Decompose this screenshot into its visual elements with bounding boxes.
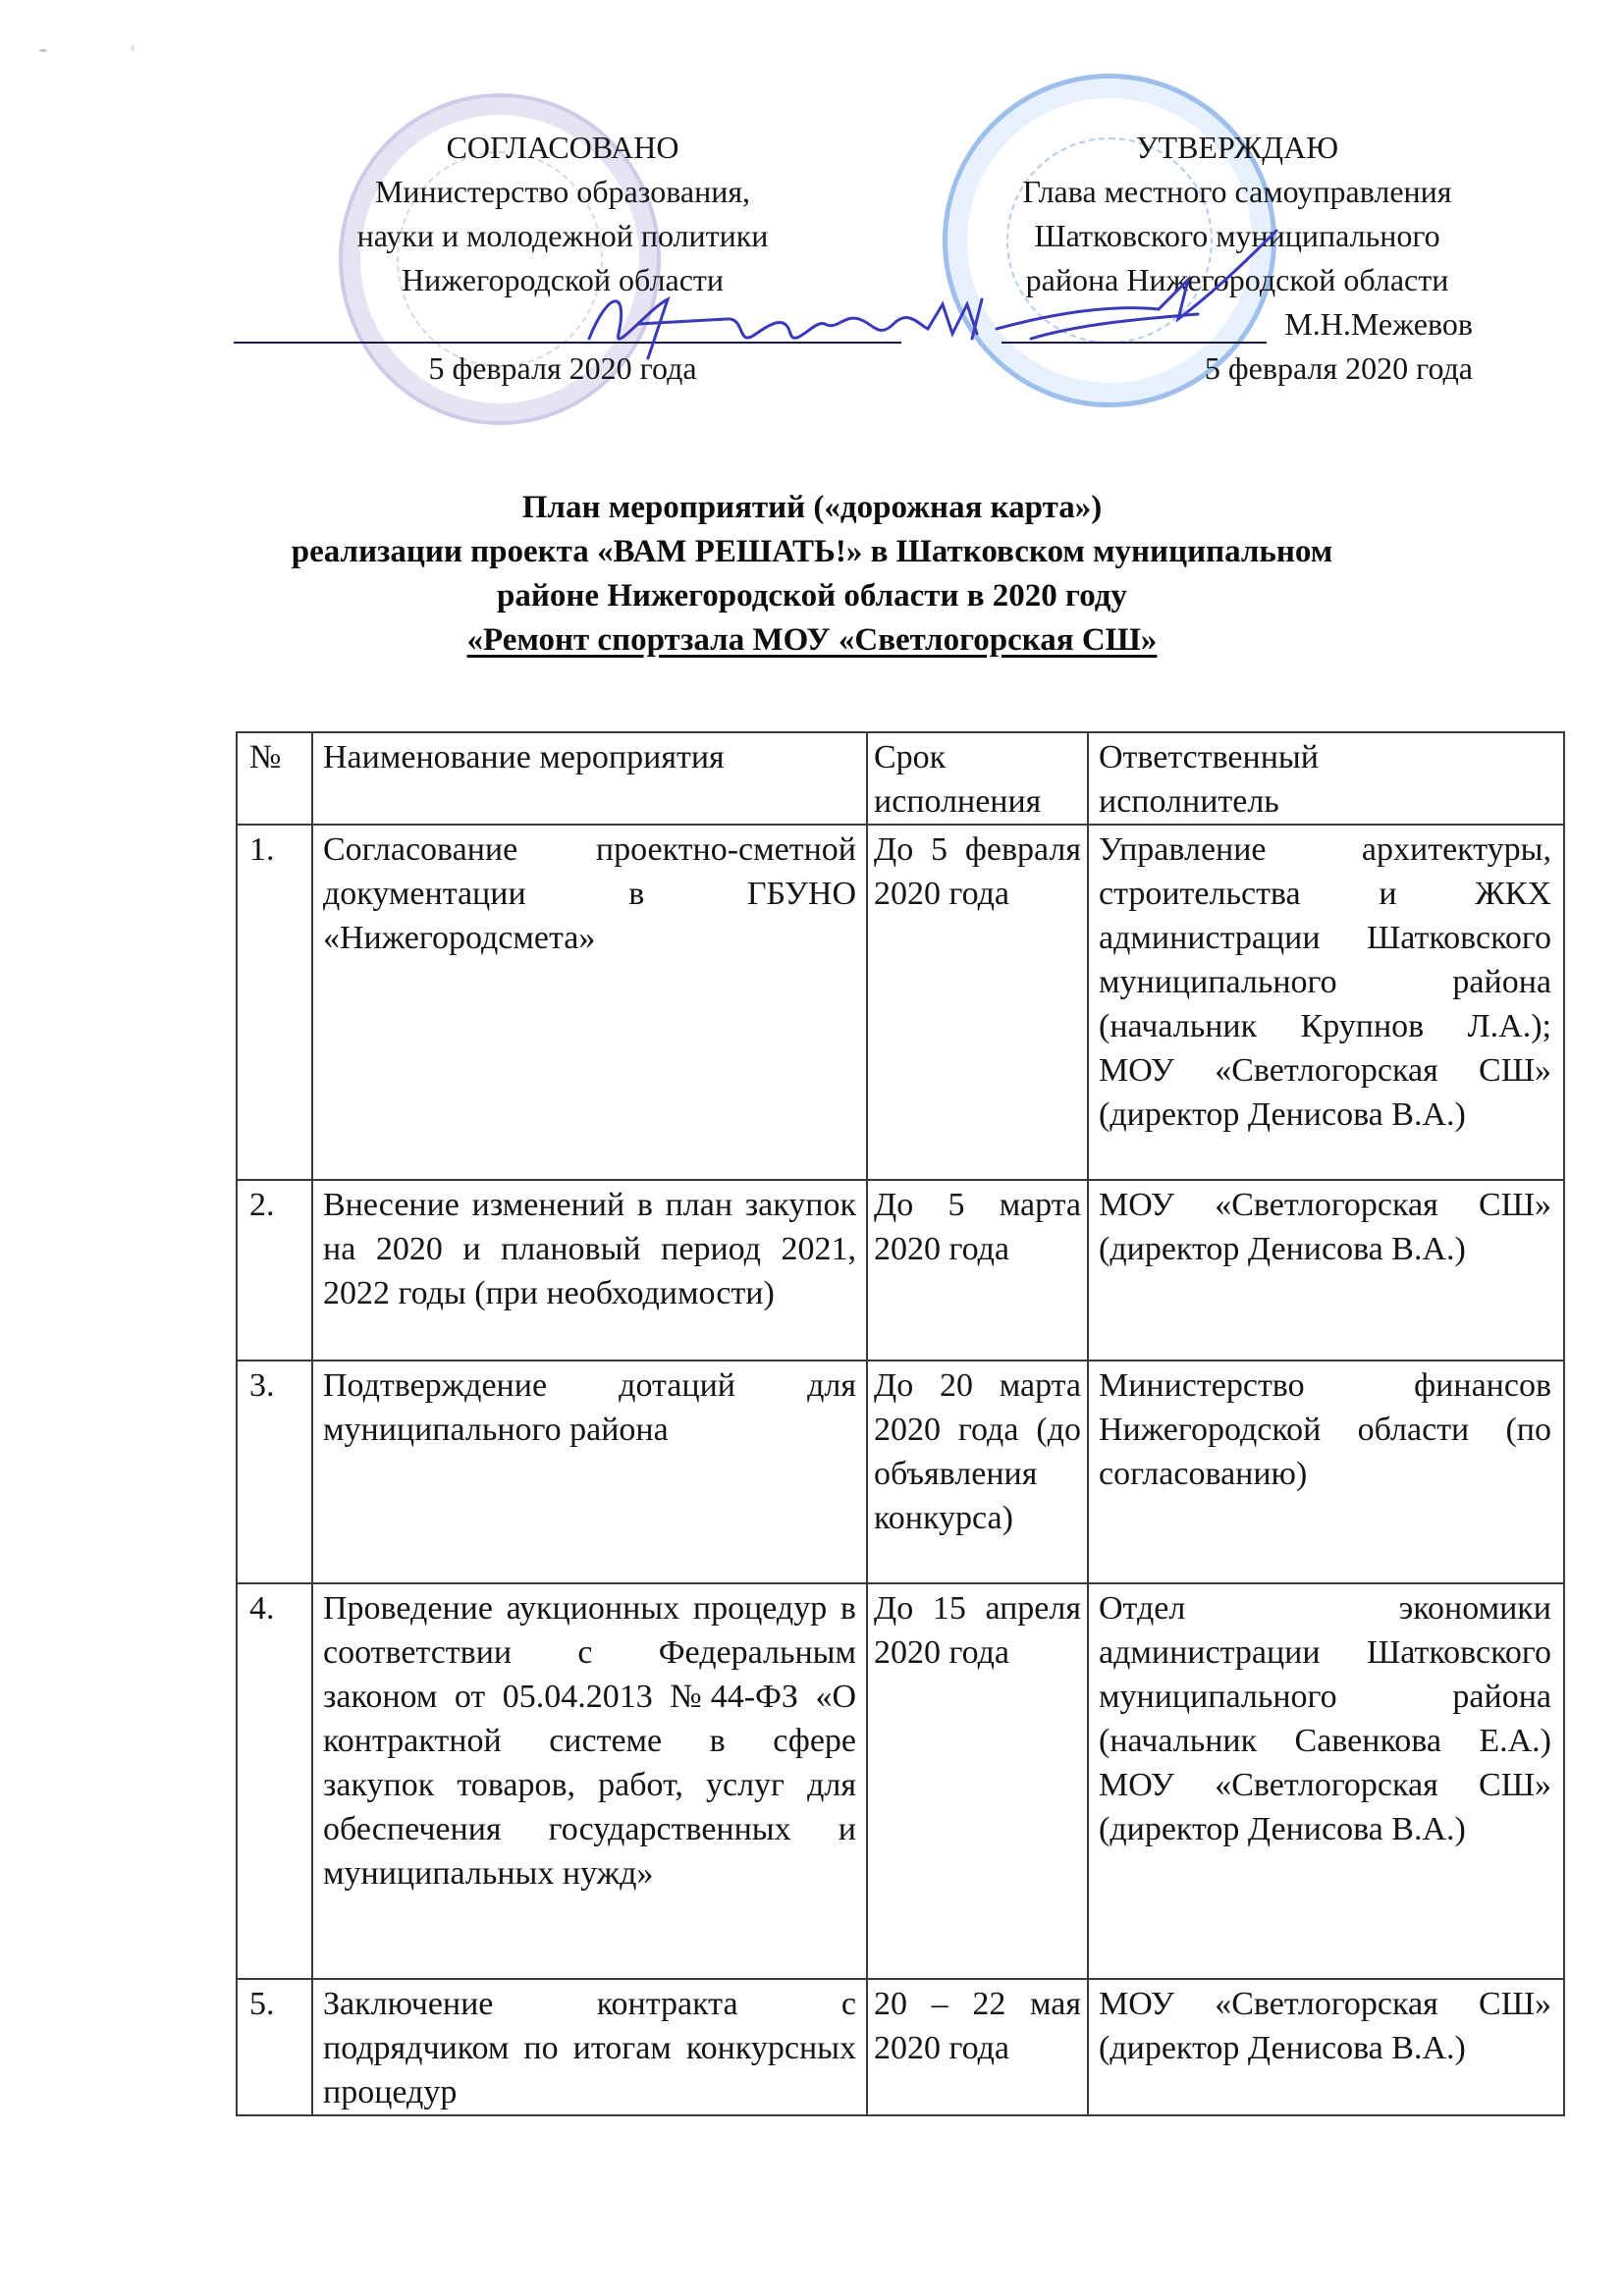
row-activity: Внесение изменений в план закупок на 202… [312, 1180, 867, 1361]
approved-heading: УТВЕРЖДАЮ [982, 126, 1492, 170]
table-row: 5. Заключение контракта с подрядчиком по… [237, 1979, 1564, 2115]
header-term: Срок исполнения [867, 732, 1088, 825]
header-name: Наименование мероприятия [312, 732, 867, 825]
approved-date: 5 февраля 2020 года [982, 347, 1492, 391]
scan-speck [39, 49, 47, 52]
header-num: № [237, 732, 312, 825]
row-responsible: Министерство финансов Нижегородской обла… [1088, 1361, 1564, 1583]
row-deadline: До 15 апреля 2020 года [867, 1583, 1088, 1979]
approved-signature-row: М.Н.Межевов [982, 302, 1492, 347]
signature-line [234, 342, 901, 344]
header-responsible-line: исполнитель [1099, 779, 1551, 824]
row-number: 5. [237, 1979, 312, 2115]
row-activity: Согласование проектно-сметной документац… [312, 825, 867, 1180]
row-responsible: МОУ «Светлогорская СШ» (директор Денисов… [1088, 1180, 1564, 1361]
row-responsible: Отдел экономики администрации Шатковског… [1088, 1583, 1564, 1979]
title-project-name: «Ремонт спортзала МОУ «Светлогорская СШ» [196, 618, 1428, 663]
row-deadline: До 5 февраля 2020 года [867, 825, 1088, 1180]
title-line: реализации проекта «ВАМ РЕШАТЬ!» в Шатко… [196, 530, 1428, 574]
table-row: 3. Подтверждение дотаций для муниципальн… [237, 1361, 1564, 1583]
table-row: 2. Внесение изменений в план закупок на … [237, 1180, 1564, 1361]
table-row: 4. Проведение аукционных процедур в соот… [237, 1583, 1564, 1979]
agreed-org-line: Нижегородской области [312, 258, 813, 302]
approved-position-line: Шатковского муниципального [982, 214, 1492, 258]
agreed-heading: СОГЛАСОВАНО [312, 126, 813, 170]
row-number: 4. [237, 1583, 312, 1979]
row-deadline: До 5 марта 2020 года [867, 1180, 1088, 1361]
row-responsible: МОУ «Светлогорская СШ» (директор Денисов… [1088, 1979, 1564, 2115]
approved-position-line: района Нижегородской области [982, 258, 1492, 302]
roadmap-table: № Наименование мероприятия Срок исполнен… [236, 731, 1565, 2116]
approved-approval-block: УТВЕРЖДАЮ Глава местного самоуправления … [982, 126, 1492, 391]
header-responsible: Ответственный исполнитель [1088, 732, 1564, 825]
row-number: 2. [237, 1180, 312, 1361]
scan-speck [131, 45, 135, 51]
title-underlined-text: «Ремонт спортзала МОУ «Светлогорская СШ» [467, 622, 1158, 658]
row-number: 1. [237, 825, 312, 1180]
agreed-signature-row [312, 302, 813, 347]
document-title: План мероприятий («дорожная карта») реал… [196, 486, 1428, 663]
agreed-org-line: Министерство образования, [312, 170, 813, 214]
row-responsible: Управление архитектуры, строительства и … [1088, 825, 1564, 1180]
row-deadline: 20 – 22 мая 2020 года [867, 1979, 1088, 2115]
row-number: 3. [237, 1361, 312, 1583]
agreed-approval-block: СОГЛАСОВАНО Министерство образования, на… [312, 126, 813, 391]
table-row: 1. Согласование проектно-сметной докумен… [237, 825, 1564, 1180]
signature-line [1001, 342, 1267, 344]
agreed-org-line: науки и молодежной политики [312, 214, 813, 258]
title-line: районе Нижегородской области в 2020 году [196, 574, 1428, 618]
header-term-line: исполнения [874, 779, 1081, 824]
approved-position-line: Глава местного самоуправления [982, 170, 1492, 214]
agreed-date: 5 февраля 2020 года [312, 347, 813, 391]
row-activity: Проведение аукционных процедур в соответ… [312, 1583, 867, 1979]
title-line: План мероприятий («дорожная карта») [196, 486, 1428, 530]
header-term-line: Срок [874, 735, 1081, 779]
table-header-row: № Наименование мероприятия Срок исполнен… [237, 732, 1564, 825]
approved-signatory: М.Н.Межевов [1284, 302, 1473, 347]
header-responsible-line: Ответственный [1099, 735, 1551, 779]
row-deadline: До 20 марта 2020 года (до объявления кон… [867, 1361, 1088, 1583]
row-activity: Подтверждение дотаций для муниципального… [312, 1361, 867, 1583]
row-activity: Заключение контракта с подрядчиком по ит… [312, 1979, 867, 2115]
